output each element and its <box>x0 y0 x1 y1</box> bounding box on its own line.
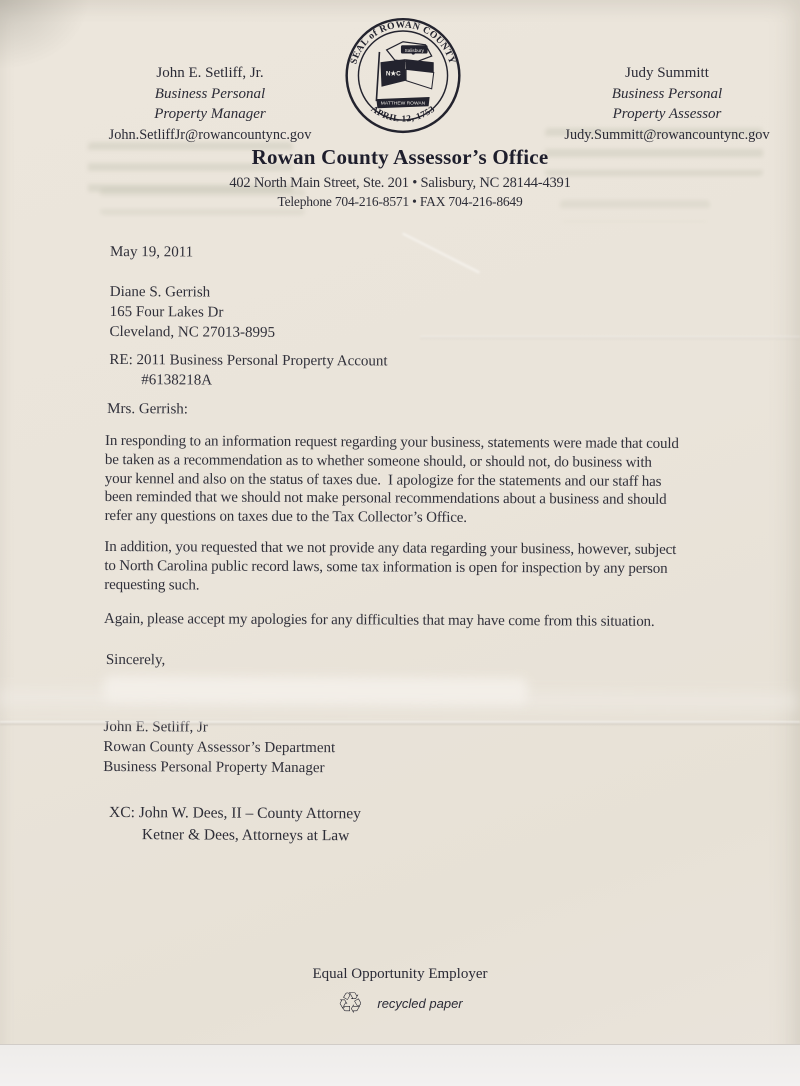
scanned-letter-page: John E. Setliff, Jr. Business Personal P… <box>0 0 800 1086</box>
paragraph-line: Again, please accept my apologies for an… <box>104 610 655 632</box>
blurred-signature <box>104 676 528 704</box>
paragraph-line: refer any questions on taxes due to the … <box>105 507 679 529</box>
subject-line: RE: 2011 Business Personal Property Acco… <box>109 350 387 371</box>
paragraph-1: In responding to an information request … <box>105 432 679 529</box>
subject-block: RE: 2011 Business Personal Property Acco… <box>109 350 387 391</box>
paragraph-2: In addition, you requested that we not p… <box>104 538 676 597</box>
cc-line: Ketner & Dees, Attorneys at Law <box>109 824 361 847</box>
closing: Sincerely, <box>106 650 166 670</box>
signature-block: John E. Setliff, JrRowan County Assessor… <box>103 718 335 779</box>
recycled-paper-label: recycled paper <box>377 996 462 1011</box>
recipient-line: Cleveland, NC 27013-8995 <box>110 322 276 343</box>
paragraph-line: requesting such. <box>104 576 676 598</box>
account-number: #6138218A <box>109 370 387 391</box>
signer-line: Business Personal Property Manager <box>103 758 335 779</box>
scanner-background-strip <box>0 1044 800 1086</box>
recycled-paper-row: ♲ recycled paper <box>0 988 800 1018</box>
paragraph-line: be taken as a recommendation as to wheth… <box>105 451 679 473</box>
recipient-line: Diane S. Gerrish <box>110 282 276 303</box>
salutation: Mrs. Gerrish: <box>107 399 188 419</box>
paper-fold-crease <box>0 721 800 725</box>
cc-block: XC: John W. Dees, II – County Attorney K… <box>109 802 361 847</box>
recycle-icon: ♲ <box>337 988 363 1018</box>
recipient-line: 165 Four Lakes Dr <box>110 302 276 323</box>
signer-line: Rowan County Assessor’s Department <box>103 738 335 759</box>
equal-opportunity-text: Equal Opportunity Employer <box>0 966 800 983</box>
paragraph-line: to North Carolina public record laws, so… <box>104 557 676 579</box>
recipient-address-block: Diane S. Gerrish165 Four Lakes DrClevela… <box>110 282 276 343</box>
paragraph-3: Again, please accept my apologies for an… <box>104 610 655 632</box>
cc-line: XC: John W. Dees, II – County Attorney <box>109 802 361 825</box>
letter-body: May 19, 2011 Diane S. Gerrish165 Four La… <box>0 0 800 1086</box>
letter-date: May 19, 2011 <box>110 242 193 262</box>
